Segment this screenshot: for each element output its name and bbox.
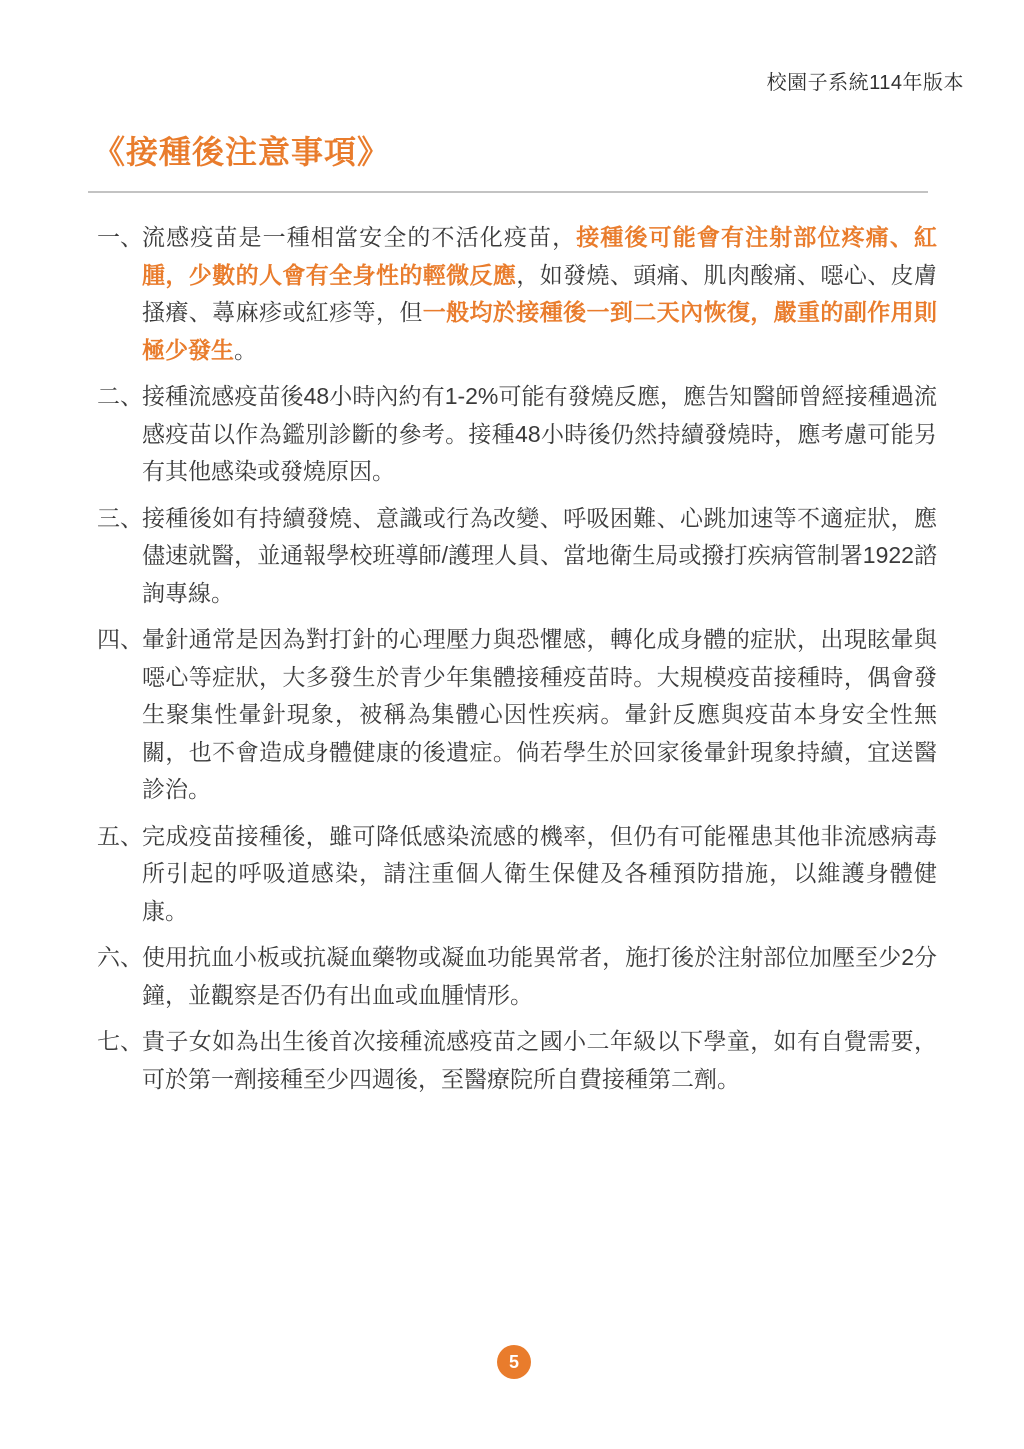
notice-item-marker: 二、 bbox=[97, 378, 143, 416]
notice-text: 接種流感疫苗後48小時內約有1-2%可能有發燒反應，應告知醫師曾經接種過流感疫苗… bbox=[142, 383, 937, 484]
notice-item: 五、完成疫苗接種後，雖可降低感染流感的機率，但仍有可能罹患其他非流感病毒所引起的… bbox=[97, 818, 937, 931]
notice-item-marker: 三、 bbox=[97, 500, 143, 538]
notice-text: 暈針通常是因為對打針的心理壓力與恐懼感，轉化成身體的症狀，出現眩暈與噁心等症狀，… bbox=[142, 626, 937, 802]
notice-item: 三、接種後如有持續發燒、意識或行為改變、呼吸困難、心跳加速等不適症狀，應儘速就醫… bbox=[97, 500, 937, 613]
notice-list: 一、流感疫苗是一種相當安全的不活化疫苗，接種後可能會有注射部位疼痛、紅腫，少數的… bbox=[97, 219, 937, 1107]
notice-text: 使用抗血小板或抗凝血藥物或凝血功能異常者，施打後於注射部位加壓至少2分鐘，並觀察… bbox=[142, 944, 937, 1008]
notice-item-marker: 五、 bbox=[97, 818, 143, 856]
notice-item-marker: 七、 bbox=[97, 1023, 143, 1061]
doc-header: 校園子系統114年版本 bbox=[767, 66, 964, 95]
document-page: 校園子系統114年版本 《接種後注意事項》 一、流感疫苗是一種相當安全的不活化疫… bbox=[0, 0, 1024, 1449]
edition-label: 校園子系統114年版本 bbox=[767, 72, 964, 94]
notice-item-marker: 一、 bbox=[97, 219, 143, 257]
title-divider bbox=[88, 191, 928, 193]
notice-item: 六、使用抗血小板或抗凝血藥物或凝血功能異常者，施打後於注射部位加壓至少2分鐘，並… bbox=[97, 939, 937, 1014]
notice-text: 貴子女如為出生後首次接種流感疫苗之國小二年級以下學童，如有自覺需要，可於第一劑接… bbox=[142, 1028, 937, 1092]
page-number-badge: 5 bbox=[497, 1345, 531, 1379]
notice-item: 二、接種流感疫苗後48小時內約有1-2%可能有發燒反應，應告知醫師曾經接種過流感… bbox=[97, 378, 937, 491]
notice-text: 流感疫苗是一種相當安全的不活化疫苗， bbox=[142, 224, 576, 250]
notice-item: 七、貴子女如為出生後首次接種流感疫苗之國小二年級以下學童，如有自覺需要，可於第一… bbox=[97, 1023, 937, 1098]
notice-item-marker: 四、 bbox=[97, 621, 143, 659]
notice-text: 。 bbox=[234, 337, 257, 363]
page-title: 《接種後注意事項》 bbox=[93, 131, 390, 173]
notice-text: 接種後如有持續發燒、意識或行為改變、呼吸困難、心跳加速等不適症狀，應儘速就醫，並… bbox=[142, 505, 937, 606]
notice-item: 四、暈針通常是因為對打針的心理壓力與恐懼感，轉化成身體的症狀，出現眩暈與噁心等症… bbox=[97, 621, 937, 809]
notice-item-marker: 六、 bbox=[97, 939, 143, 977]
notice-item: 一、流感疫苗是一種相當安全的不活化疫苗，接種後可能會有注射部位疼痛、紅腫，少數的… bbox=[97, 219, 937, 369]
notice-text: 完成疫苗接種後，雖可降低感染流感的機率，但仍有可能罹患其他非流感病毒所引起的呼吸… bbox=[142, 823, 937, 924]
